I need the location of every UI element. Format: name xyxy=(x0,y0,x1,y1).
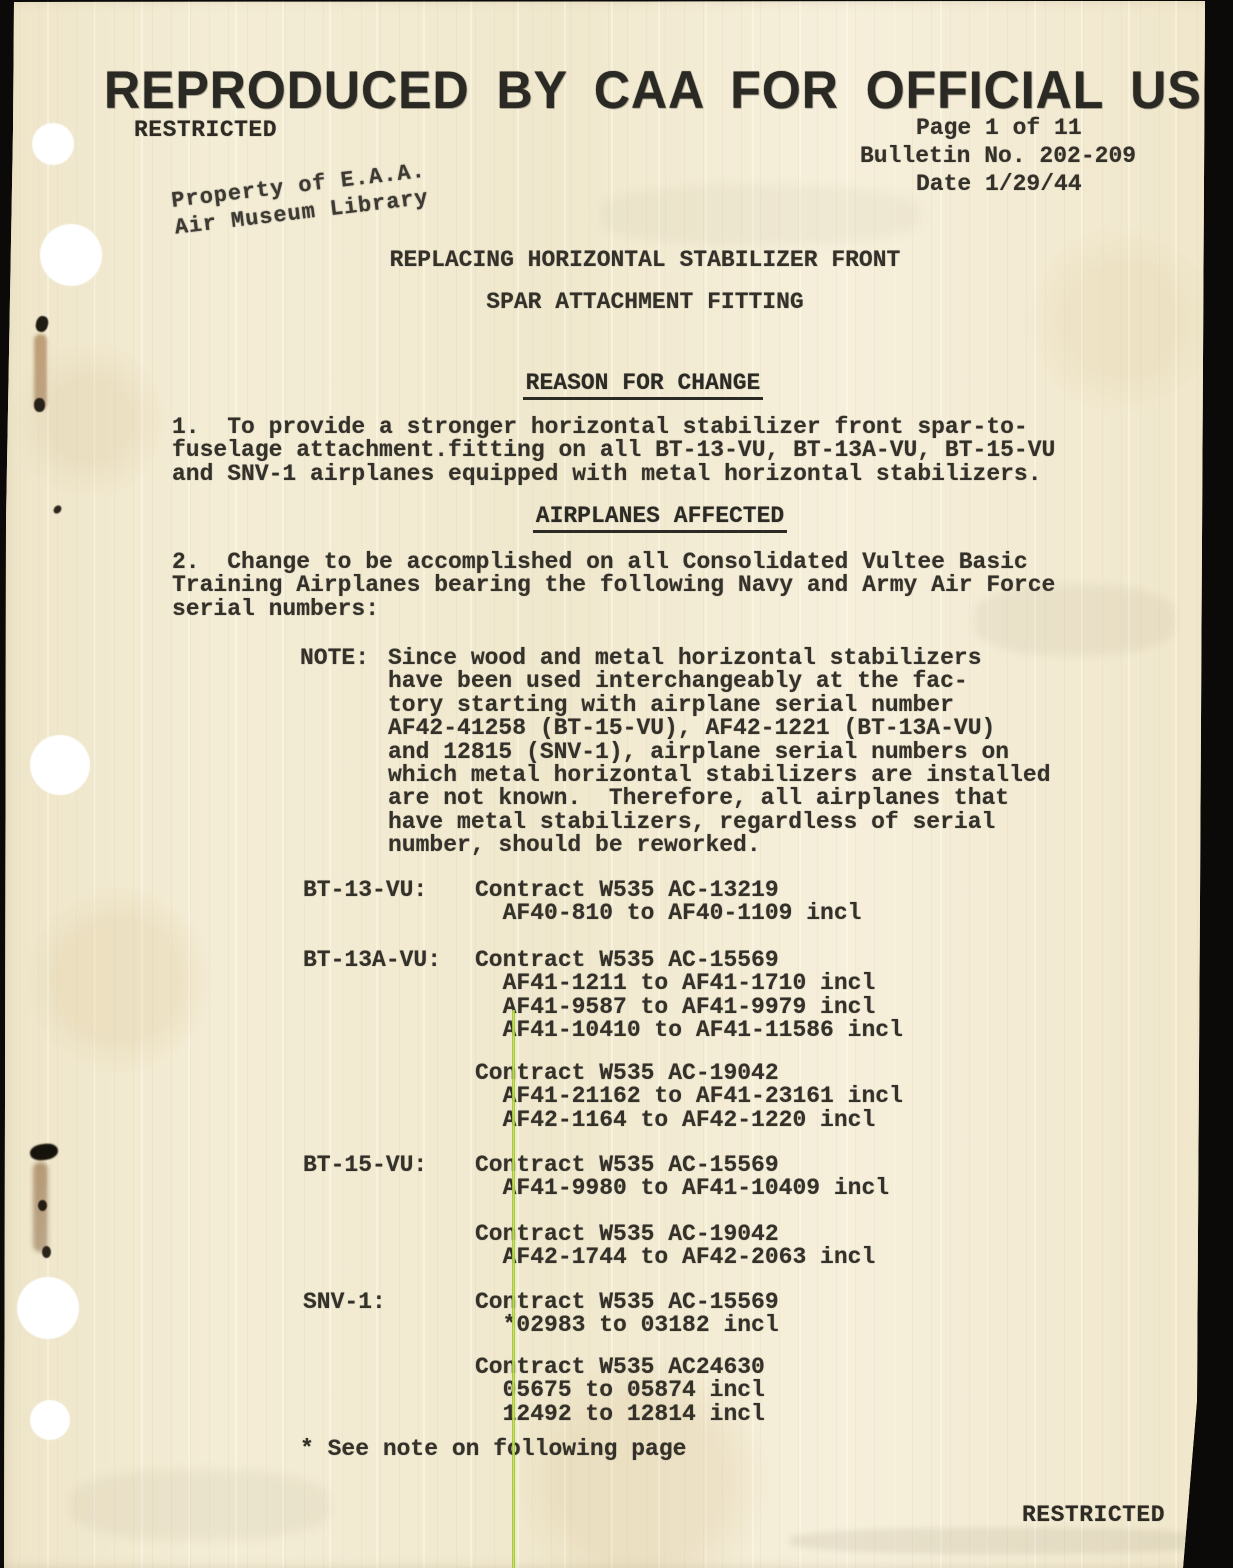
staple-mark xyxy=(38,1200,47,1211)
serial-model-label: SNV-1: xyxy=(303,1291,386,1314)
punch-hole xyxy=(30,735,90,795)
doc-title-line2: SPAR ATTACHMENT FITTING xyxy=(145,291,1145,314)
paragraph-2: 2. Change to be accomplished on all Cons… xyxy=(172,551,1055,621)
date: Date 1/29/44 xyxy=(916,173,1082,196)
punch-hole xyxy=(32,123,74,165)
document-page: REPRODUCED BY CAA FOR OFFICIAL USE RESTR… xyxy=(0,0,1233,1568)
scan-background: { "colors": { "paper": "#f2e9d0", "ink":… xyxy=(0,0,1233,1568)
serial-contract-lines: Contract W535 AC-15569 AF41-1211 to AF41… xyxy=(475,949,903,1043)
reproduced-stamp: REPRODUCED BY CAA FOR OFFICIAL USE xyxy=(104,62,1224,119)
serial-contract-lines: Contract W535 AC-19042 AF42-1744 to AF42… xyxy=(475,1223,875,1270)
bleedthrough-smudge xyxy=(600,185,920,245)
serial-contract-lines: Contract W535 AC-15569 *02983 to 03182 i… xyxy=(475,1291,779,1338)
paragraph-1: 1. To provide a stronger horizontal stab… xyxy=(172,416,1055,486)
punch-hole xyxy=(17,1277,79,1339)
section-heading-airplanes-affected: AIRPLANES AFFECTED xyxy=(160,505,1160,533)
staple-mark xyxy=(42,1246,51,1258)
bulletin-number: Bulletin No. 202-209 xyxy=(860,145,1136,168)
classification-bottom: RESTRICTED xyxy=(1022,1504,1165,1527)
punch-hole xyxy=(40,224,102,286)
staple-mark xyxy=(34,315,50,333)
ink-speck xyxy=(52,504,63,515)
bleedthrough-smudge xyxy=(975,585,1175,655)
library-stamp: Property of E.A.A.Air Museum Library xyxy=(170,158,430,242)
classification-top: RESTRICTED xyxy=(134,119,277,142)
serial-contract-lines: Contract W535 AC-19042 AF41-21162 to AF4… xyxy=(475,1062,903,1132)
bleedthrough-smudge xyxy=(790,1528,1220,1554)
section-heading-reason-for-change: REASON FOR CHANGE xyxy=(143,372,1143,400)
punch-hole xyxy=(30,1400,70,1440)
serial-contract-lines: Contract W535 AC24630 05675 to 05874 inc… xyxy=(475,1356,765,1426)
page-number: Page 1 of 11 xyxy=(916,117,1082,140)
serial-contract-lines: Contract W535 AC-15569 AF41-9980 to AF41… xyxy=(475,1154,889,1201)
scanner-artifact-line xyxy=(512,1010,515,1568)
note-text: Since wood and metal horizontal stabiliz… xyxy=(388,647,1051,858)
serial-contract-lines: Contract W535 AC-13219 AF40-810 to AF40-… xyxy=(475,879,861,926)
footnote: * See note on following page xyxy=(300,1438,686,1461)
serial-model-label: BT-13A-VU: xyxy=(303,949,441,972)
staple-mark xyxy=(29,1142,59,1162)
serial-model-label: BT-13-VU: xyxy=(303,879,427,902)
staple-mark xyxy=(34,398,45,412)
serial-model-label: BT-15-VU: xyxy=(303,1154,427,1177)
doc-title-line1: REPLACING HORIZONTAL STABILIZER FRONT xyxy=(145,249,1145,272)
note-label: NOTE: xyxy=(300,647,369,670)
bleedthrough-smudge xyxy=(70,1470,330,1540)
